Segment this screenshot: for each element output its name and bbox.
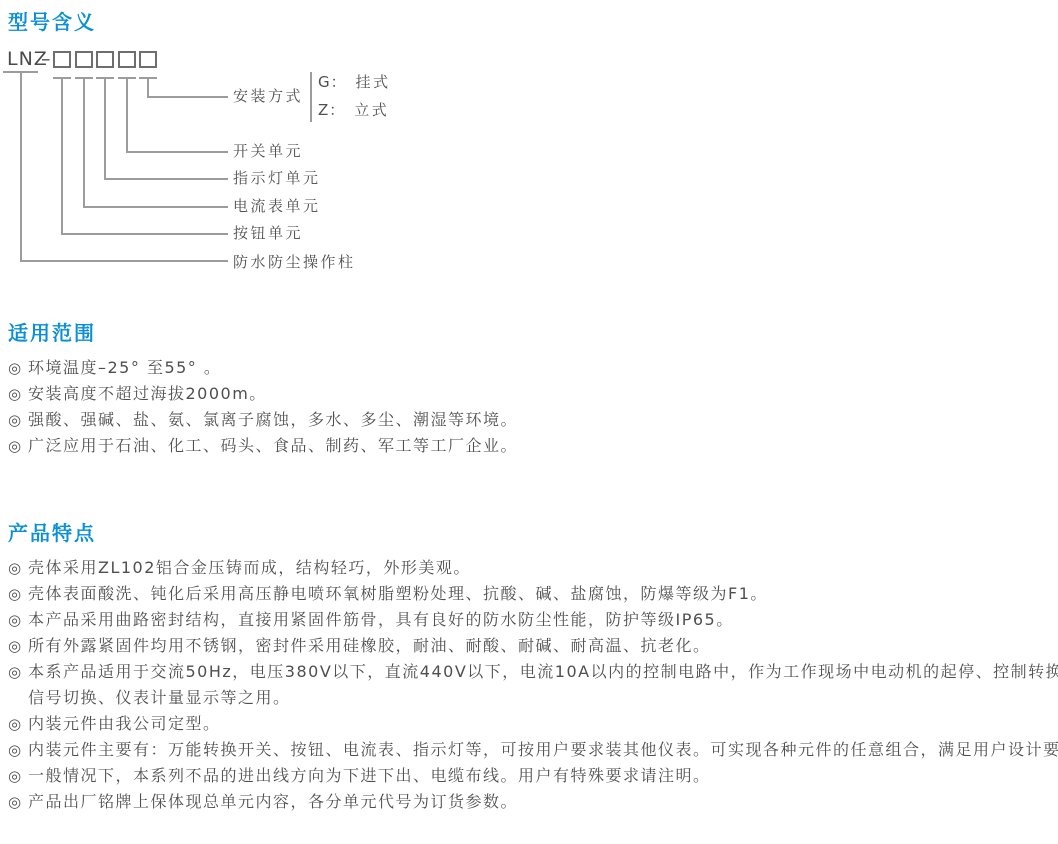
mounting-option-g-code: G： — [318, 73, 347, 91]
diagram-label-indicator-unit: 指示灯单元 — [233, 170, 321, 187]
bullet-icon: ◎ — [8, 555, 21, 581]
leader-line — [104, 178, 228, 180]
list-item-text: 强酸、强碱、盐、氨、氯离子腐蚀，多水、多尘、潮湿等环境。 — [28, 410, 518, 429]
section-title-model-meaning: 型号含义 — [8, 11, 1050, 33]
diagram-label-mounting-type: 安装方式 — [233, 88, 303, 105]
list-item: ◎本产品采用曲路密封结构，直接用紧固件筋骨，具有良好的防水防尘性能，防护等级IP… — [8, 607, 1050, 633]
leader-line — [147, 96, 228, 98]
leader-line — [20, 71, 22, 262]
bullet-icon: ◎ — [8, 407, 21, 433]
mounting-option-z-label: 立式 — [354, 101, 389, 119]
mounting-option-z: Z：立式 — [318, 101, 389, 119]
model-code-box — [96, 51, 114, 68]
leader-line — [126, 77, 128, 153]
list-item: ◎强酸、强碱、盐、氨、氯离子腐蚀，多水、多尘、潮湿等环境。 — [8, 407, 1050, 433]
section-title-application-scope: 适用范围 — [8, 322, 1050, 344]
list-item-text: 内装元件由我公司定型。 — [28, 714, 221, 733]
product-features-list: ◎壳体采用ZL102铝合金压铸而成，结构轻巧，外形美观。 ◎壳体表面酸洗、钝化后… — [8, 555, 1050, 815]
list-item-text: 壳体采用ZL102铝合金压铸而成，结构轻巧，外形美观。 — [28, 558, 471, 577]
list-item: ◎环境温度–25° 至55° 。 — [8, 355, 1050, 381]
bullet-icon: ◎ — [8, 355, 21, 381]
list-item-text-continuation: 信号切换、仪表计量显示等之用。 — [28, 685, 1050, 711]
bullet-icon: ◎ — [8, 659, 21, 685]
model-code-box — [118, 51, 136, 68]
bullet-icon: ◎ — [8, 763, 21, 789]
list-item: ◎壳体表面酸洗、钝化后采用高压静电喷环氧树脂塑粉处理、抗酸、碱、盐腐蚀，防爆等级… — [8, 581, 1050, 607]
application-scope-list: ◎环境温度–25° 至55° 。 ◎安装高度不超过海拔2000m。 ◎强酸、强碱… — [8, 355, 1050, 459]
bullet-icon: ◎ — [8, 711, 21, 737]
list-item: ◎内装元件主要有：万能转换开关、按钮、电流表、指示灯等，可按用户要求装其他仪表。… — [8, 737, 1050, 763]
list-item: ◎壳体采用ZL102铝合金压铸而成，结构轻巧，外形美观。 — [8, 555, 1050, 581]
diagram-label-ammeter-unit: 电流表单元 — [233, 198, 321, 215]
list-item: ◎内装元件由我公司定型。 — [8, 711, 1050, 737]
diagram-label-switch-unit: 开关单元 — [233, 143, 303, 160]
list-item: ◎广泛应用于石油、化工、码头、食品、制药、军工等工厂企业。 — [8, 433, 1050, 459]
leader-line — [104, 77, 106, 180]
model-designation-diagram: LNZ – 安装方式 开关单元 指示灯单元 电流表单元 — [0, 46, 1050, 298]
catalog-page: 型号含义 LNZ – 安装方式 开关单元 指示 — [0, 0, 1058, 844]
bullet-icon: ◎ — [8, 581, 21, 607]
diagram-label-button-unit: 按钮单元 — [233, 225, 303, 242]
bullet-icon: ◎ — [8, 737, 21, 763]
diagram-label-operation-column: 防水防尘操作柱 — [233, 254, 356, 271]
leader-line — [126, 151, 228, 153]
list-item: ◎本系产品适用于交流50Hz，电压380V以下，直流440V以下，电流10A以内… — [8, 659, 1050, 711]
list-item: ◎产品出厂铭牌上保体现总单元内容，各分单元代号为订货参数。 — [8, 789, 1050, 815]
leader-line — [20, 260, 228, 262]
list-item-text: 产品出厂铭牌上保体现总单元内容，各分单元代号为订货参数。 — [28, 792, 518, 811]
model-code-box — [53, 51, 71, 68]
mounting-option-g: G：挂式 — [318, 73, 391, 91]
bullet-icon: ◎ — [8, 381, 21, 407]
model-code-box — [139, 51, 157, 68]
model-code-box — [75, 51, 93, 68]
list-item-text: 广泛应用于石油、化工、码头、食品、制药、军工等工厂企业。 — [28, 436, 518, 455]
list-item-text: 环境温度–25° 至55° 。 — [28, 358, 221, 377]
list-item-text: 所有外露紧固件均用不锈钢，密封件采用硅橡胶，耐油、耐酸、耐碱、耐高温、抗老化。 — [28, 636, 711, 655]
list-item-text: 内装元件主要有：万能转换开关、按钮、电流表、指示灯等，可按用户要求装其他仪表。可… — [28, 740, 1058, 759]
list-item-text: 壳体表面酸洗、钝化后采用高压静电喷环氧树脂塑粉处理、抗酸、碱、盐腐蚀，防爆等级为… — [28, 584, 768, 603]
leader-line — [83, 206, 228, 208]
bullet-icon: ◎ — [8, 607, 21, 633]
list-item-text: 安装高度不超过海拔2000m。 — [28, 384, 267, 403]
list-item-text: 本产品采用曲路密封结构，直接用紧固件筋骨，具有良好的防水防尘性能，防护等级IP6… — [28, 610, 734, 629]
bullet-icon: ◎ — [8, 433, 21, 459]
model-code-separator: – — [41, 48, 51, 70]
option-divider-line — [310, 72, 312, 122]
leader-line — [61, 77, 63, 235]
mounting-option-g-label: 挂式 — [356, 73, 391, 91]
section-title-product-features: 产品特点 — [8, 522, 1050, 544]
mounting-option-z-code: Z： — [318, 101, 345, 119]
list-item: ◎一般情况下，本系列不品的进出线方向为下进下出、电缆布线。用户有特殊要求请注明。 — [8, 763, 1050, 789]
leader-line — [61, 233, 228, 235]
list-item: ◎安装高度不超过海拔2000m。 — [8, 381, 1050, 407]
list-item-text: 本系产品适用于交流50Hz，电压380V以下，直流440V以下，电流10A以内的… — [28, 662, 1058, 681]
leader-line — [147, 77, 149, 98]
bullet-icon: ◎ — [8, 633, 21, 659]
list-item: ◎所有外露紧固件均用不锈钢，密封件采用硅橡胶，耐油、耐酸、耐碱、耐高温、抗老化。 — [8, 633, 1050, 659]
leader-line — [83, 77, 85, 208]
bullet-icon: ◎ — [8, 789, 21, 815]
list-item-text: 一般情况下，本系列不品的进出线方向为下进下出、电缆布线。用户有特殊要求请注明。 — [28, 766, 711, 785]
